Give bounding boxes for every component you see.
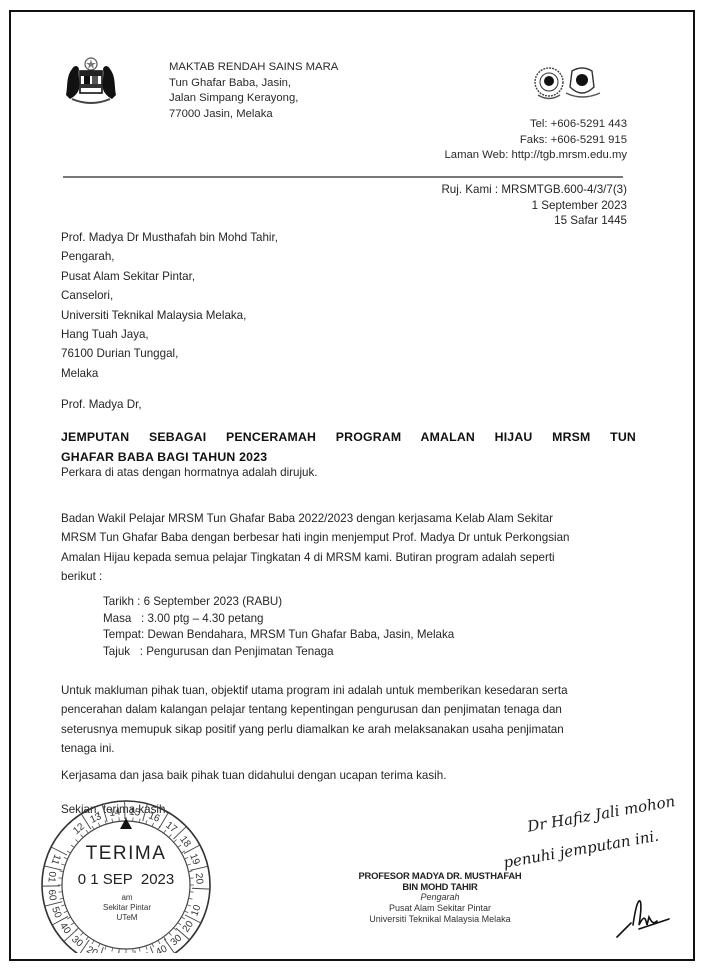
recipient-line: 76100 Durian Tunggal,: [61, 344, 278, 363]
svg-text:16: 16: [147, 810, 162, 825]
svg-text:01: 01: [45, 871, 57, 884]
handwritten-note: Dr Hafiz Jali mohon penuhi jemputan ini.: [520, 810, 700, 940]
detail-value: Dewan Bendahara, MRSM Tun Ghafar Baba, J…: [147, 627, 454, 644]
stamp-title: TERIMA: [62, 843, 190, 865]
svg-text:17: 17: [163, 820, 179, 836]
signatory-unit: Pusat Alam Sekitar Pintar: [345, 903, 535, 914]
recipient-name: Prof. Madya Dr Musthafah bin Mohd Tahir,: [61, 228, 278, 247]
svg-text:60: 60: [45, 889, 57, 902]
note-line-2: penuhi jemputan ini.: [502, 827, 660, 872]
recipient-line: Melaka: [61, 364, 278, 383]
detail-venue: Tempat: Dewan Bendahara, MRSM Tun Ghafar…: [103, 627, 454, 644]
detail-label: Masa: [103, 611, 131, 628]
recipient-line: Universiti Teknikal Malaysia Melaka,: [61, 306, 278, 325]
signatory-position: Pengarah: [345, 892, 535, 903]
svg-text:20: 20: [181, 919, 197, 935]
detail-sep: :: [131, 611, 147, 628]
svg-text:15: 15: [129, 806, 142, 818]
salutation: Prof. Madya Dr,: [61, 395, 142, 414]
contact-info: Tel: +606-5291 443 Faks: +606-5291 915 L…: [445, 117, 628, 164]
svg-text:10: 10: [102, 951, 116, 953]
paragraph-line: Badan Wakil Pelajar MRSM Tun Ghafar Baba…: [61, 509, 641, 528]
thanks-paragraph: Kerjasama dan jasa baik pihak tuan didah…: [61, 766, 446, 785]
triangle-marker-icon: [120, 818, 132, 829]
detail-date: Tarikh : 6 September 2023 (RABU): [103, 594, 454, 611]
website: Laman Web: http://tgb.mrsm.edu.my: [445, 148, 628, 164]
subject-line-2: GHAFAR BABA BAGI TAHUN 2023: [61, 450, 267, 464]
svg-text:11: 11: [48, 853, 62, 867]
detail-sep: :: [134, 594, 144, 611]
signatory-name: PROFESOR MADYA DR. MUSTHAFAH: [345, 870, 535, 881]
address-line: Tun Ghafar Baba, Jasin,: [169, 76, 338, 92]
handwritten-signature-icon: [615, 895, 675, 940]
header-divider: [63, 176, 623, 178]
signatory-university: Universiti Teknikal Malaysia Melaka: [345, 914, 535, 925]
recipient-line: Canselori,: [61, 286, 278, 305]
detail-time: Masa : 3.00 ptg – 4.30 petang: [103, 611, 454, 628]
letter-subject: JEMPUTAN SEBAGAI PENCERAMAH PROGRAM AMAL…: [61, 427, 636, 467]
paragraph-line: MRSM Tun Ghafar Baba dengan berbesar hat…: [61, 528, 641, 547]
svg-text:30: 30: [69, 934, 85, 950]
svg-text:40: 40: [154, 943, 169, 953]
signature-block: PROFESOR MADYA DR. MUSTHAFAH BIN MOHD TA…: [345, 870, 535, 925]
svg-text:12: 12: [71, 821, 87, 837]
detail-label: Tarikh: [103, 594, 134, 611]
svg-text:40: 40: [57, 921, 73, 937]
detail-sep: :: [130, 644, 146, 661]
address-line: 77000 Jasin, Melaka: [169, 107, 338, 123]
letter-date: 1 September 2023: [441, 198, 627, 214]
detail-label: Tempat: [103, 627, 141, 644]
svg-text:14: 14: [109, 807, 122, 820]
malaysia-coat-of-arms-icon: [62, 55, 120, 107]
paragraph-line: tenaga ini.: [61, 739, 641, 758]
reference-block: Ruj. Kami : MRSMTGB.600-4/3/7(3) 1 Septe…: [441, 182, 627, 229]
paragraph-line: pencerahan dalam kalangan pelajar tentan…: [61, 700, 641, 719]
recipient-address: Prof. Madya Dr Musthafah bin Mohd Tahir,…: [61, 228, 278, 383]
hijri-date: 15 Safar 1445: [441, 213, 627, 229]
paragraph-line: Amalan Hijau kepada semua pelajar Tingka…: [61, 548, 641, 567]
signatory-name-2: BIN MOHD TAHIR: [345, 881, 535, 892]
paragraph-line: seterusnya memupuk sikap positif yang pe…: [61, 720, 641, 739]
subject-line-1: JEMPUTAN SEBAGAI PENCERAMAH PROGRAM AMAL…: [61, 427, 636, 447]
stamp-line: am: [72, 893, 182, 903]
detail-value: Pengurusan dan Penjimatan Tenaga: [146, 644, 333, 661]
detail-value: 6 September 2023 (RABU): [144, 594, 283, 611]
objective-paragraph: Untuk makluman pihak tuan, objektif utam…: [61, 681, 641, 759]
paragraph-line: Untuk makluman pihak tuan, objektif utam…: [61, 681, 641, 700]
svg-text:10: 10: [189, 903, 203, 918]
telephone: Tel: +606-5291 443: [445, 117, 628, 133]
stamp-department: am Sekitar Pintar UTeM: [72, 893, 182, 923]
address-line: Jalan Simpang Kerayong,: [169, 91, 338, 107]
svg-text:20: 20: [85, 944, 100, 953]
received-stamp: 1213141516171819201020304050001020304050…: [32, 793, 232, 953]
invitation-paragraph: Badan Wakil Pelajar MRSM Tun Ghafar Baba…: [61, 509, 641, 587]
opening-paragraph: Perkara di atas dengan hormatnya adalah …: [61, 463, 318, 482]
program-details: Tarikh : 6 September 2023 (RABU) Masa : …: [103, 594, 454, 660]
fax: Faks: +606-5291 915: [445, 133, 628, 149]
stamp-date: 0 1 SEP 2023: [62, 871, 190, 888]
recipient-line: Hang Tuah Jaya,: [61, 325, 278, 344]
stamp-line: UTeM: [72, 913, 182, 923]
recipient-line: Pusat Alam Sekitar Pintar,: [61, 267, 278, 286]
institution-address: MAKTAB RENDAH SAINS MARA Tun Ghafar Baba…: [169, 60, 338, 122]
detail-topic: Tajuk : Pengurusan dan Penjimatan Tenaga: [103, 644, 454, 661]
paragraph-line: berikut :: [61, 567, 641, 586]
reference-number: Ruj. Kami : MRSMTGB.600-4/3/7(3): [441, 182, 627, 198]
recipient-line: Pengarah,: [61, 247, 278, 266]
detail-label: Tajuk: [103, 644, 130, 661]
svg-text:13: 13: [89, 811, 104, 826]
svg-text:50: 50: [49, 905, 63, 920]
detail-value: 3.00 ptg – 4.30 petang: [147, 611, 263, 628]
stamp-line: Sekitar Pintar: [72, 903, 182, 913]
mrsm-logos-icon: [532, 65, 602, 103]
institution-name: MAKTAB RENDAH SAINS MARA: [169, 60, 338, 76]
svg-text:20: 20: [193, 873, 205, 885]
